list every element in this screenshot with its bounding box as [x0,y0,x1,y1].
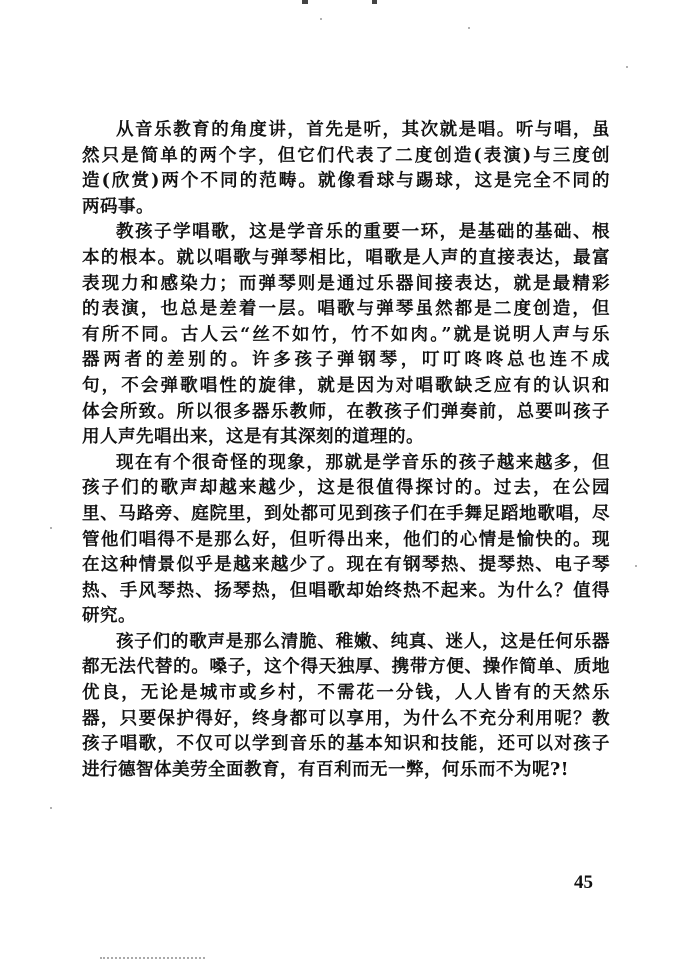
book-page: 从音乐教育的角度讲，首先是听，其次就是唱。听与唱，虽 然只是简单的两个字，但它们… [0,0,690,975]
text-line: 从音乐教育的角度讲，首先是听，其次就是唱。听与唱，虽 [82,118,610,144]
text-line: 的表演，也总是差着一层。唱歌与弹琴虽然都是二度创造，但 [82,297,610,323]
body-text: 从音乐教育的角度讲，首先是听，其次就是唱。听与唱，虽 然只是简单的两个字，但它们… [82,118,610,783]
text-line: 句，不会弹歌唱性的旋律，就是因为对唱歌缺乏应有的认识和 [82,374,610,400]
text-line: 器两者的差别的。许多孩子弹钢琴，叮叮咚咚总也连不成 [82,348,610,374]
text-line: 进行德智体美劳全面教育，有百利而无一弊，何乐而不为呢?! [82,758,610,784]
scan-speck [50,807,52,809]
text-line: 教孩子学唱歌，这是学音乐的重要一环，是基础的基础、根 [82,220,610,246]
text-line: 孩子唱歌，不仅可以学到音乐的基本知识和技能，还可以对孩子 [82,732,610,758]
text-line: 孩子们的歌声却越来越少，这是很值得探讨的。过去，在公园 [82,476,610,502]
scan-artifact [302,0,308,4]
text-line: 本的根本。就以唱歌与弹琴相比，唱歌是人声的直接表达，最富 [82,246,610,272]
text-line: 管他们唱得不是那么好，但听得出来，他们的心情是愉快的。现 [82,528,610,554]
scan-artifact [372,0,377,4]
text-line: 优良，无论是城市或乡村，不需花一分钱，人人皆有的天然乐 [82,681,610,707]
scan-speck [468,27,470,29]
page-number: 45 [574,872,593,894]
text-line: 然只是简单的两个字，但它们代表了二度创造(表演)与三度创 [82,144,610,170]
text-line: 热、手风琴热、扬琴热，但唱歌却始终热不起来。为什么？值得 [82,579,610,605]
text-line: 用人声先唱出来，这是有其深刻的道理的。 [82,425,610,451]
text-line: 体会所致。所以很多器乐教师，在教孩子们弹奏前，总要叫孩子 [82,400,610,426]
text-line: 表现力和感染力；而弹琴则是通过乐器间接表达，就是最精彩 [82,272,610,298]
text-line: 孩子们的歌声是那么清脆、稚嫩、纯真、迷人，这是任何乐器 [82,630,610,656]
text-line: 在这种情景似乎是越来越少了。现在有钢琴热、提琴热、电子琴 [82,553,610,579]
text-line: 两码事。 [82,195,610,221]
text-line: 现在有个很奇怪的现象，那就是学音乐的孩子越来越多，但 [82,451,610,477]
scan-speck [50,527,52,529]
scan-artifact [100,957,205,961]
scan-speck [320,18,322,20]
text-line: 有所不同。古人云“丝不如竹，竹不如肉。”就是说明人声与乐 [82,323,610,349]
text-line: 研究。 [82,604,610,630]
text-line: 都无法代替的。嗓子，这个得天独厚、携带方便、操作简单、质地 [82,655,610,681]
scan-speck [635,565,637,567]
text-line: 器，只要保护得好，终身都可以享用，为什么不充分利用呢？教 [82,707,610,733]
text-line: 造(欣赏)两个不同的范畴。就像看球与踢球，这是完全不同的 [82,169,610,195]
scan-speck [626,66,628,68]
text-line: 里、马路旁、庭院里，到处都可见到孩子们在手舞足蹈地歌唱，尽 [82,502,610,528]
